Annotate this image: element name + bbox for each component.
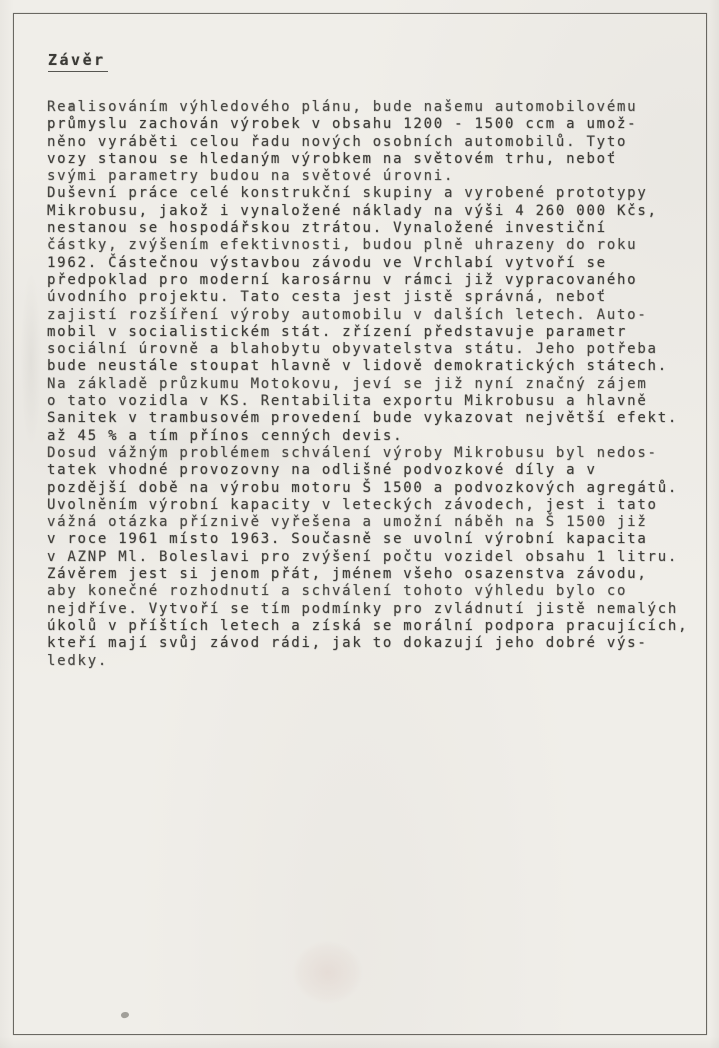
text-line: mobil v socialistickém stát. zřízení pře… <box>47 324 707 341</box>
text-line: Uvolněním výrobní kapacity v leteckých z… <box>47 497 707 514</box>
text-line: Dosud vážným problémem schválení výroby … <box>47 445 707 462</box>
document-body-text: Realisováním výhledového plánu, bude naš… <box>47 99 707 670</box>
text-line: pozdější době na výrobu motoru Š 1500 a … <box>47 480 707 497</box>
text-line: zajistí rozšíření výroby automobilu v da… <box>47 307 707 324</box>
text-line: v roce 1961 místo 1963. Současně se uvol… <box>47 531 707 548</box>
text-line: úkolů v příštích letech a získá se morál… <box>47 618 707 635</box>
text-line: Na základě průzkumu Motokovu, jeví se ji… <box>47 376 707 393</box>
text-line: Realisováním výhledového plánu, bude naš… <box>47 99 707 116</box>
text-line: průmyslu zachován výrobek v obsahu 1200 … <box>47 116 707 133</box>
text-line: svými parametry budou na světové úrovni. <box>47 168 707 185</box>
text-line: Mikrobusu, jakož i vynaložené náklady na… <box>47 203 707 220</box>
text-line: Duševní práce celé konstrukční skupiny a… <box>47 185 707 202</box>
text-line: tatek vhodné provozovny na odlišné podvo… <box>47 462 707 479</box>
text-line: vozy stanou se hledaným výrobkem na svět… <box>47 151 707 168</box>
text-line: nestanou se hospodářskou ztrátou. Vynalo… <box>47 220 707 237</box>
text-line: aby konečné rozhodnutí a schválení tohot… <box>47 583 707 600</box>
text-line: ledky. <box>47 653 707 670</box>
text-line: o tato vozidla v KS. Rentabilita exportu… <box>47 393 707 410</box>
text-line: až 45 % a tím přínos cenných devis. <box>47 428 707 445</box>
text-line: předpoklad pro moderní karosárnu v rámci… <box>47 272 707 289</box>
text-line: částky, zvýšením efektivnosti, budou pln… <box>47 237 707 254</box>
text-line: Závěrem jest si jenom přát, jménem všeho… <box>47 566 707 583</box>
text-line: v AZNP Ml. Boleslavi pro zvýšení počtu v… <box>47 549 707 566</box>
scanned-document-page: Závěr Realisováním výhledového plánu, bu… <box>0 0 719 1048</box>
text-line: 1962. Částečnou výstavbou závodu ve Vrch… <box>47 255 707 272</box>
text-line: nejdříve. Vytvoří se tím podmínky pro zv… <box>47 601 707 618</box>
text-line: něno vyráběti celou řadu nových osobních… <box>47 134 707 151</box>
text-line: kteří mají svůj závod rádi, jak to dokaz… <box>47 635 707 652</box>
text-line: sociální úrovně a blahobytu obyvatelstva… <box>47 341 707 358</box>
text-line: vážná otázka příznivě vyřešena a umožní … <box>47 514 707 531</box>
text-line: bude neustále stoupat hlavně v lidově de… <box>47 358 707 375</box>
document-title: Závěr <box>48 51 108 72</box>
text-line: Sanitek v trambusovém provedení bude vyk… <box>47 410 707 427</box>
text-line: úvodního projektu. Tato cesta jest jistě… <box>47 289 707 306</box>
